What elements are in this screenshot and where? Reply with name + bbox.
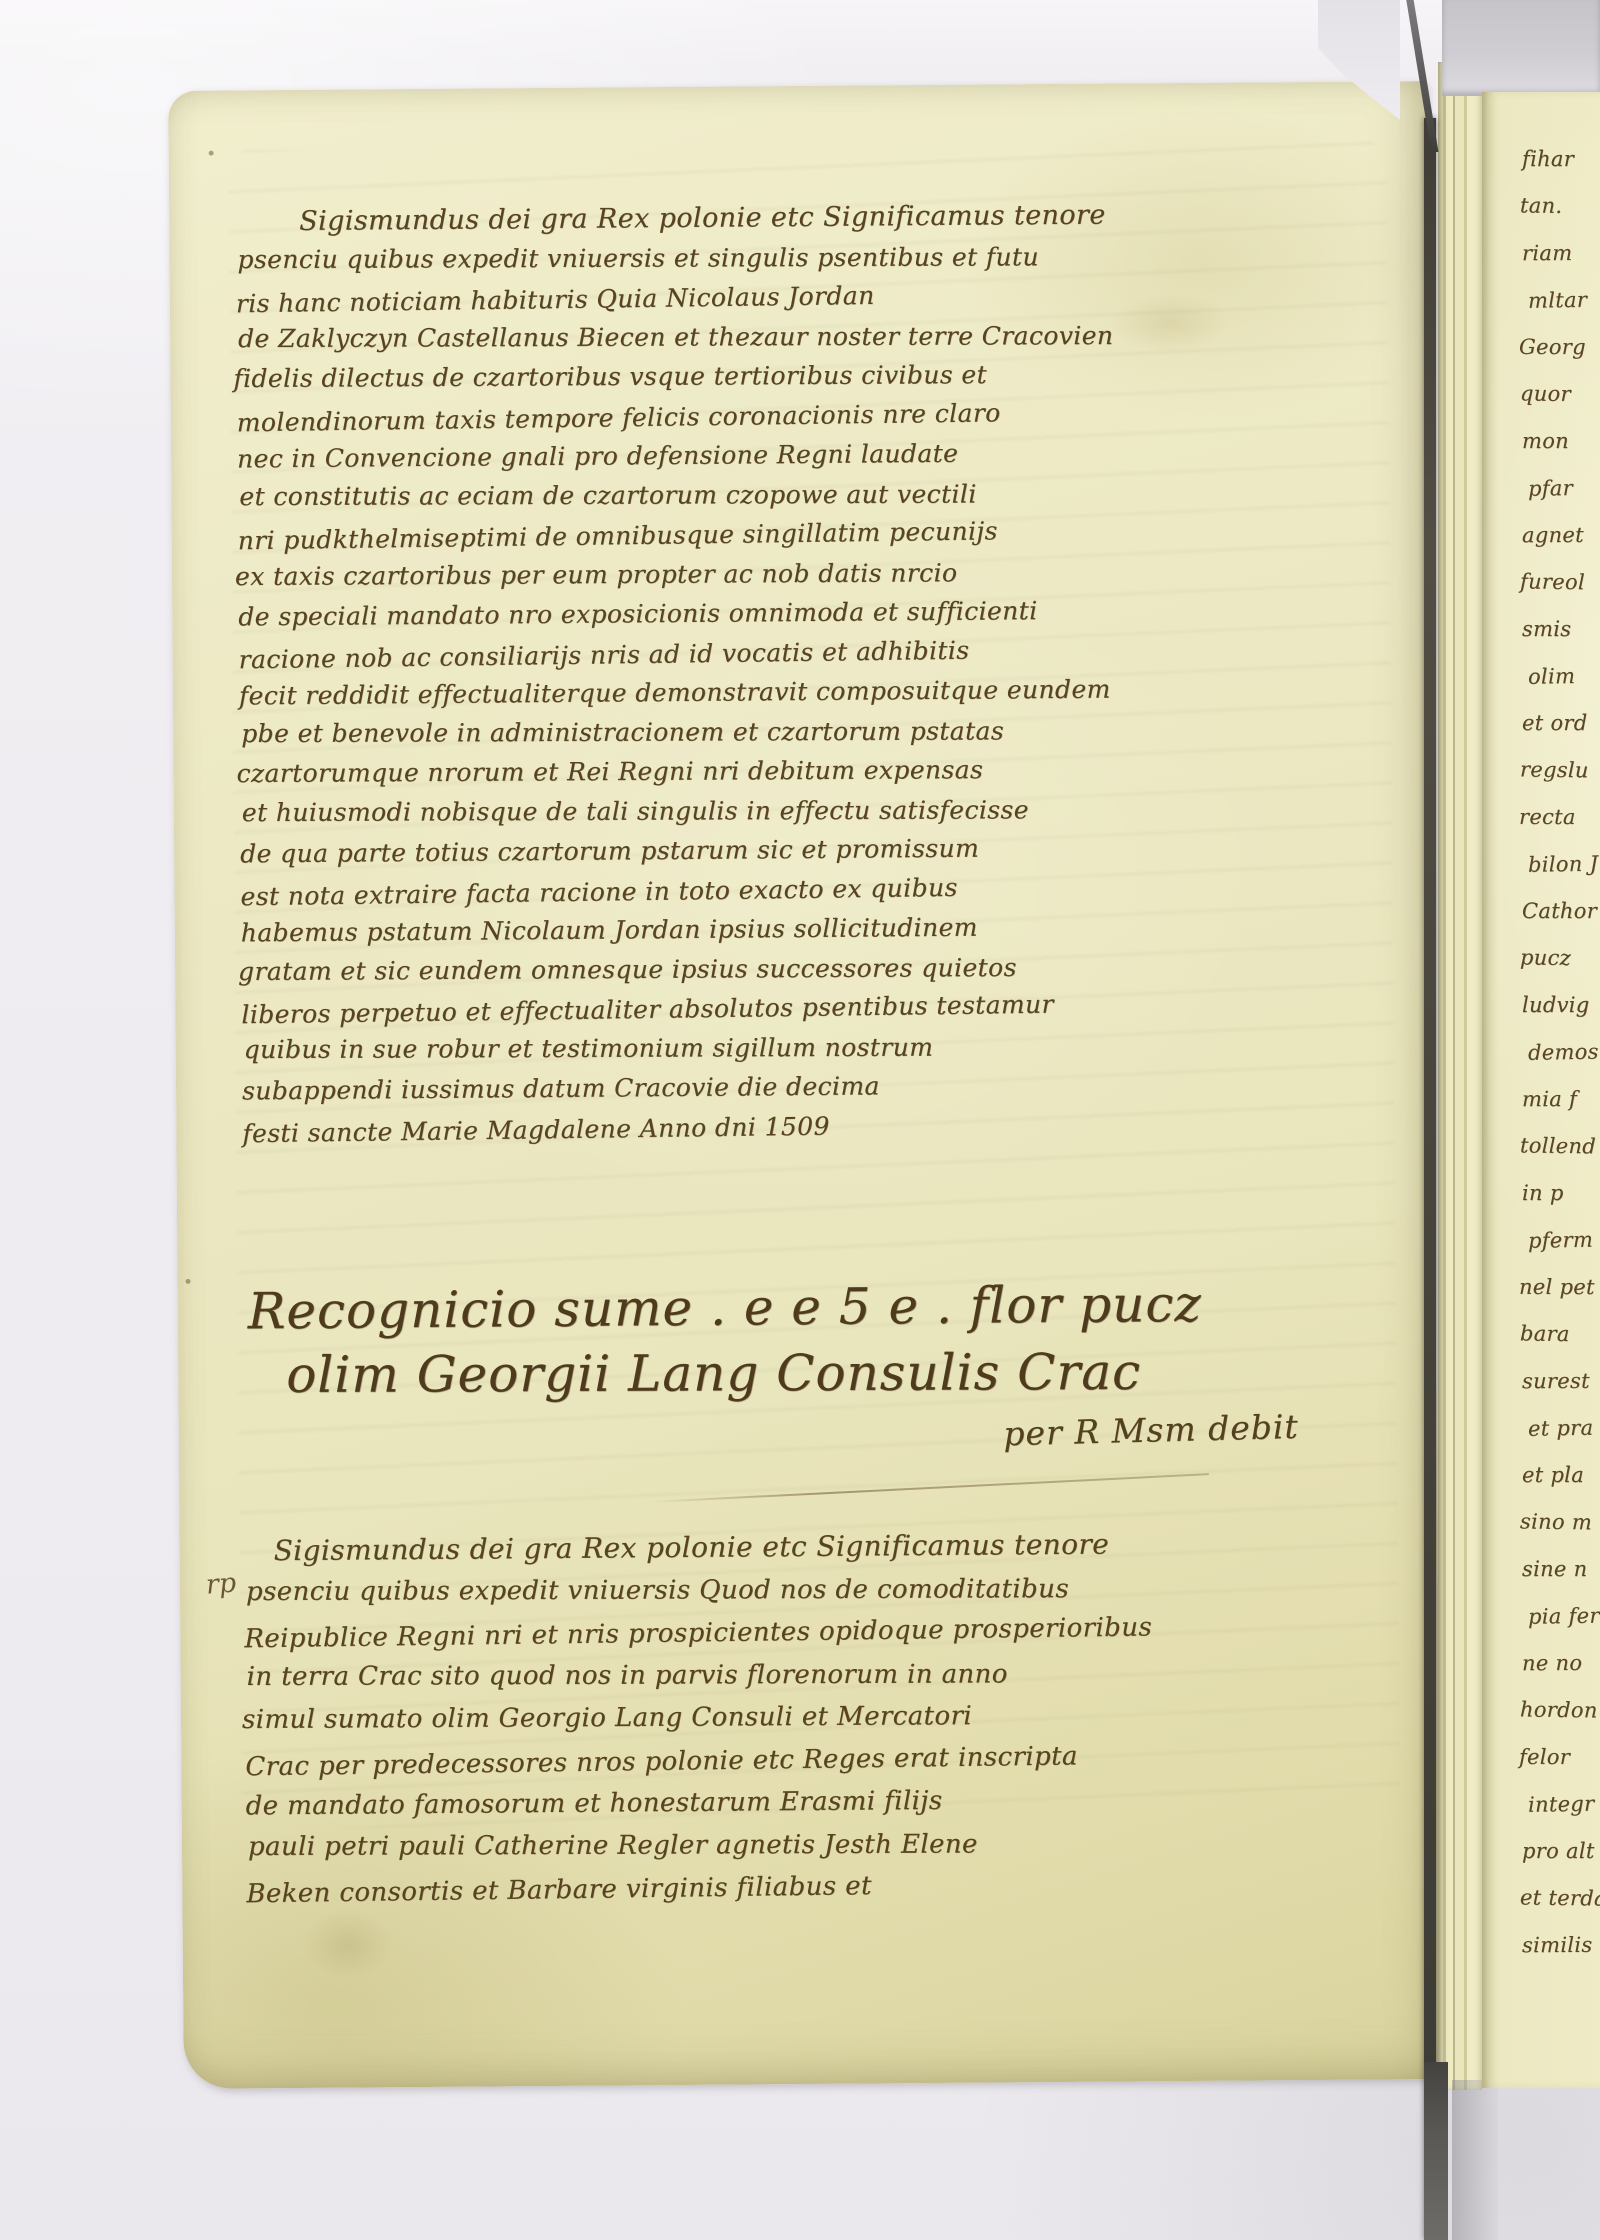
- paper-stain: [302, 1909, 393, 1980]
- facing-text-fragment: in p: [1522, 1170, 1600, 1217]
- facing-text-fragment: bara: [1520, 1310, 1600, 1358]
- facing-text-fragment: riam: [1522, 230, 1600, 277]
- facing-text-fragment: et pla: [1522, 1452, 1600, 1499]
- facing-text-fragment: similis: [1522, 1922, 1600, 1969]
- manuscript-text-line: ex taxis czartoribus per eum propter ac …: [235, 551, 1315, 596]
- facing-text-fragment: mia f: [1522, 1076, 1600, 1123]
- facing-text-fragment: pro alt: [1522, 1828, 1600, 1875]
- facing-text-fragment: pucz: [1520, 934, 1600, 982]
- facing-text-fragment: fihar: [1522, 136, 1600, 183]
- facing-text-fragment: ludvig: [1522, 982, 1600, 1029]
- paragraph-2: Sigismundus dei gra Rex polonie etc Sign…: [243, 1522, 1346, 1913]
- manuscript-text-line: pbe et benevole in administracionem et c…: [241, 710, 1321, 753]
- facing-text-fragment: et terda: [1520, 1874, 1600, 1922]
- facing-text-fragment: integr: [1528, 1780, 1600, 1829]
- facing-text-fragment: sine n: [1522, 1546, 1600, 1593]
- plastic-strip-top: [1442, 0, 1600, 96]
- ink-speck: [186, 1279, 191, 1284]
- manuscript-text-line: Sigismundus dei gra Rex polonie etc Sign…: [235, 194, 1315, 242]
- manuscript-page: Sigismundus dei gra Rex polonie etc Sign…: [168, 81, 1442, 2089]
- facing-text-fragment: surest: [1522, 1358, 1600, 1405]
- facing-text-fragment: smis: [1522, 606, 1600, 653]
- facing-text-fragment: agnet: [1522, 512, 1600, 559]
- margin-mark: rp: [205, 1567, 238, 1600]
- heading-line: olim Georgii Lang Consulis Crac: [250, 1338, 1310, 1408]
- facing-text-fragment: quor: [1520, 370, 1600, 418]
- facing-text-fragment: et pra: [1528, 1404, 1600, 1453]
- facing-text-fragment: pfar: [1528, 464, 1600, 513]
- facing-text-fragment: pia fert: [1528, 1592, 1600, 1641]
- ink-speck: [209, 151, 214, 156]
- manuscript-text-line: Sigismundus dei gra Rex polonie etc Sign…: [243, 1522, 1343, 1573]
- facing-text-fragment: olim: [1528, 652, 1600, 701]
- manuscript-text-line: et huiusmodi nobisque de tali singulis i…: [242, 789, 1322, 832]
- page-stack-edges: [1438, 62, 1482, 2090]
- facing-page-edge: fihartan.riammltarGeorgquormonpfaragnetf…: [1482, 92, 1600, 2088]
- facing-text-fragment: demostr: [1528, 1028, 1600, 1077]
- manuscript-text-line: quibus in sue robur et testimonium sigil…: [244, 1026, 1324, 1069]
- facing-text-fragment: mltar: [1528, 276, 1600, 325]
- facing-text-fragment: pferm: [1528, 1216, 1600, 1265]
- facing-text-fragment: felor: [1519, 1734, 1600, 1781]
- heading-note: per R Msm debit: [698, 1407, 1299, 1461]
- facing-text-fragment: ne no: [1522, 1640, 1600, 1687]
- facing-text-fragment: sino m: [1520, 1498, 1600, 1546]
- facing-page-text-fragments: fihartan.riammltarGeorgquormonpfaragnetf…: [1522, 136, 1600, 1969]
- gutter-shadow: [1424, 118, 1436, 2240]
- manuscript-text-line: czartorumque nrorum et Rei Regni nri deb…: [236, 748, 1316, 793]
- facing-text-fragment: Georg: [1519, 324, 1600, 371]
- facing-text-fragment: bilon J: [1528, 840, 1600, 889]
- facing-text-fragment: regslu: [1520, 746, 1600, 794]
- binding-strap-bottom: [1424, 2062, 1448, 2240]
- facing-text-fragment: tan.: [1520, 182, 1600, 230]
- facing-text-fragment: fureol: [1520, 558, 1600, 606]
- heading-line: Recognicio sume . e e 5 e . flor pucz: [248, 1270, 1308, 1344]
- strap-shadow: [1452, 2080, 1498, 2240]
- facing-text-fragment: et ord: [1522, 700, 1600, 747]
- facing-text-fragment: mon: [1522, 418, 1600, 465]
- facing-text-fragment: nel pet: [1519, 1264, 1600, 1311]
- facing-text-fragment: Cathor: [1522, 888, 1600, 935]
- facing-text-fragment: tollend: [1520, 1122, 1600, 1170]
- recognicio-heading: Recognicio sume . e e 5 e . flor puczoli…: [248, 1270, 1309, 1410]
- facing-text-fragment: recta: [1519, 794, 1600, 841]
- manuscript-text-line: in terra Crac sito quod nos in parvis fl…: [247, 1652, 1347, 1698]
- manuscript-text-line: de Zaklyczyn Castellanus Biecen et theza…: [238, 315, 1318, 358]
- facing-text-fragment: hordon: [1520, 1686, 1600, 1734]
- paragraph-1: Sigismundus dei gra Rex polonie etc Sign…: [235, 194, 1322, 1150]
- pen-stroke: [649, 1473, 1208, 1503]
